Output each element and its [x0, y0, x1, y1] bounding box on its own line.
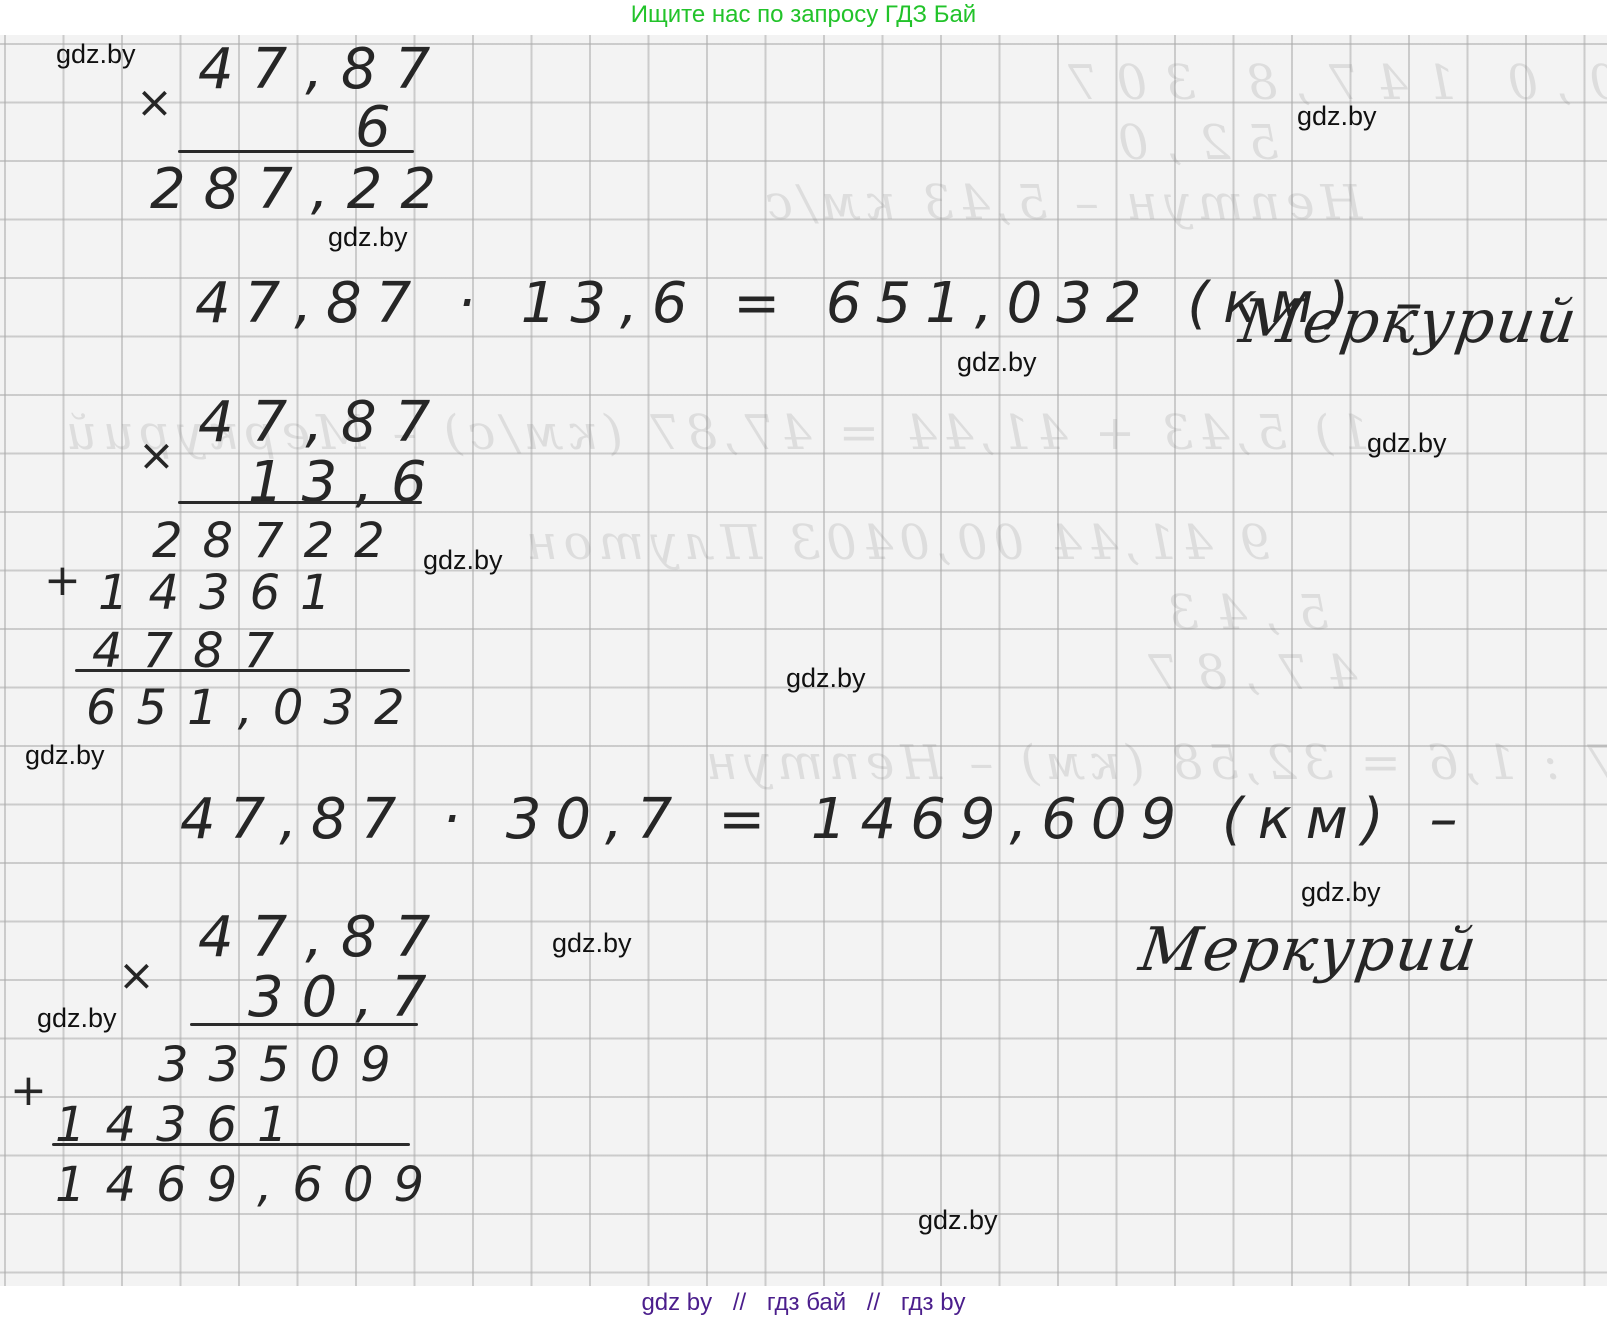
- partial-product: 28722: [152, 513, 405, 569]
- sum-line: [178, 150, 414, 153]
- footer-separator: //: [733, 1289, 746, 1316]
- faded-back-text: Нептун – 5,43 км/с: [760, 175, 1362, 231]
- watermark: gdz.by: [552, 928, 632, 959]
- notebook-page-scan: 8000,0 147,8 307 52,0 Нептун – 5,43 км/с…: [0, 35, 1607, 1286]
- footer-separator: //: [867, 1289, 880, 1316]
- planet-name: Меркурий: [1235, 287, 1583, 357]
- sum-line: [75, 669, 410, 672]
- planet-name: Меркурий: [1135, 915, 1483, 985]
- faded-back-text: 5,43: [1150, 585, 1329, 641]
- watermark: gdz.by: [328, 222, 408, 253]
- product-result: 1469,609: [55, 1157, 444, 1213]
- footer-link-gdz-bai[interactable]: гдз бай: [767, 1289, 846, 1316]
- footer-link-gdz-by[interactable]: gdz by: [641, 1289, 712, 1316]
- search-banner: Ищите нас по запросу ГДЗ Бай: [0, 0, 1607, 32]
- footer-links: gdz by // гдз бай // гдз by: [0, 1286, 1607, 1321]
- multiply-sign: ×: [118, 950, 155, 1001]
- product-result: 287,22: [150, 157, 454, 222]
- partial-product: 14361: [98, 565, 351, 621]
- faded-back-text: 2) 47,87 : 1,6 = 32,58 (км) – Нептун: [700, 735, 1607, 791]
- plus-sign: +: [10, 1065, 47, 1116]
- watermark: gdz.by: [1297, 101, 1377, 132]
- sum-line: [52, 1143, 410, 1146]
- footer-link-gdz-by-cyr[interactable]: гдз by: [901, 1289, 966, 1316]
- watermark: gdz.by: [56, 39, 136, 70]
- multiplier: 30,7: [248, 965, 445, 1030]
- watermark: gdz.by: [25, 740, 105, 771]
- faded-back-text: 47,87: [1130, 645, 1357, 701]
- multiplier: 13,6: [248, 450, 445, 515]
- product-result: 651,032: [86, 680, 425, 736]
- multiply-sign: ×: [138, 430, 175, 481]
- sum-line: [178, 501, 422, 504]
- sum-line: [190, 1023, 418, 1026]
- watermark: gdz.by: [918, 1205, 998, 1236]
- partial-product: 33509: [158, 1037, 411, 1093]
- equation-line: 47,87 · 30,7 = 1469,609 (км) –: [180, 787, 1472, 852]
- multiplicand: 47,87: [198, 905, 448, 970]
- faded-back-text: 52,0: [1100, 115, 1279, 171]
- watermark: gdz.by: [786, 663, 866, 694]
- watermark: gdz.by: [37, 1003, 117, 1034]
- multiplicand: 47,87: [198, 390, 448, 455]
- faded-back-text: 9 41,44 00,0403 Плутон: [520, 515, 1271, 571]
- watermark: gdz.by: [423, 545, 503, 576]
- watermark: gdz.by: [957, 347, 1037, 378]
- multiplicand: 47,87: [198, 37, 448, 102]
- plus-sign: +: [44, 555, 81, 606]
- multiply-sign: ×: [136, 77, 173, 128]
- watermark: gdz.by: [1301, 877, 1381, 908]
- watermark: gdz.by: [1367, 428, 1447, 459]
